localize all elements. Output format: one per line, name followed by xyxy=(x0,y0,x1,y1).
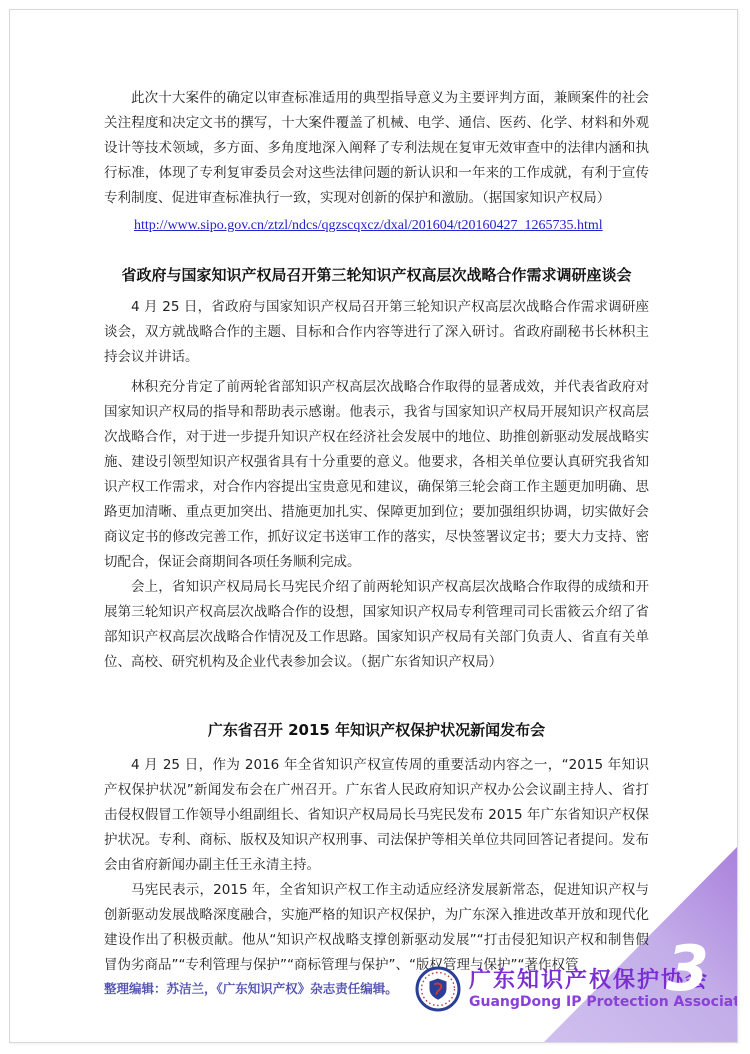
article-paragraph: 林积充分肯定了前两轮省部知识产权高层次战略合作取得的显著成效，并代表省政府对国家… xyxy=(104,375,649,575)
article-paragraph: 4 月 25 日，作为 2016 年全省知识产权宣传周的重要活动内容之一，“20… xyxy=(104,753,649,878)
page-content: 此次十大案件的确定以审查标准适用的典型指导意义为主要评判方面，兼顾案件的社会关注… xyxy=(10,10,737,978)
article-paragraph: 马宪民表示，2015 年，全省知识产权工作主动适应经济发展新常态，促进知识产权与… xyxy=(104,878,649,978)
screenshot-canvas: 此次十大案件的确定以审查标准适用的典型指导意义为主要评判方面，兼顾案件的社会关注… xyxy=(0,0,750,1054)
association-emblem-icon xyxy=(415,966,461,1012)
article-paragraph: 会上，省知识产权局局长马宪民介绍了前两轮知识产权高层次战略合作取得的成绩和开展第… xyxy=(104,575,649,675)
article-title-press-conference: 广东省召开 2015 年知识产权保护状况新闻发布会 xyxy=(104,718,649,743)
page-number: 3 xyxy=(666,934,709,1004)
document-page: 此次十大案件的确定以审查标准适用的典型指导意义为主要评判方面，兼顾案件的社会关注… xyxy=(9,9,738,1043)
source-link[interactable]: http://www.sipo.gov.cn/ztzl/ndcs/qgzscqx… xyxy=(134,218,603,233)
source-link-line: http://www.sipo.gov.cn/ztzl/ndcs/qgzscqx… xyxy=(104,211,649,238)
article-title-strategic-cooperation: 省政府与国家知识产权局召开第三轮知识产权高层次战略合作需求调研座谈会 xyxy=(104,263,649,288)
intro-paragraph: 此次十大案件的确定以审查标准适用的典型指导意义为主要评判方面，兼顾案件的社会关注… xyxy=(104,86,649,211)
article-paragraph: 4 月 25 日，省政府与国家知识产权局召开第三轮知识产权高层次战略合作需求调研… xyxy=(104,295,649,370)
editor-note: 整理编辑：苏洁兰，《广东知识产权》杂志责任编辑。 xyxy=(104,979,398,997)
